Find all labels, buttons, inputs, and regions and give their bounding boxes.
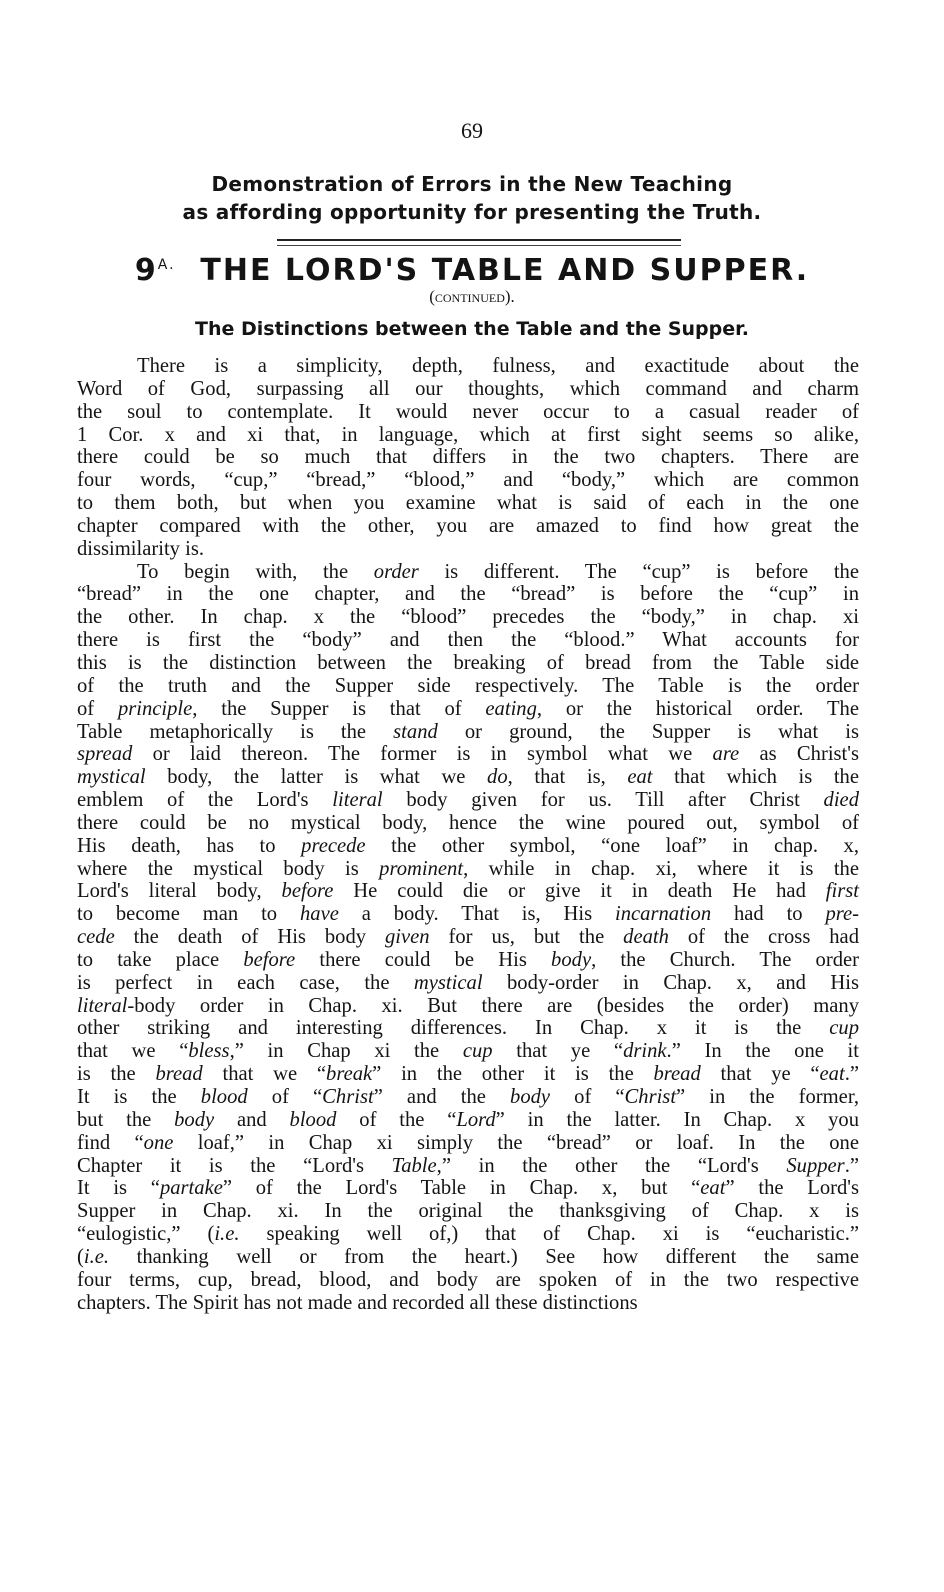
paragraph-line: Table metaphorically is the stand or gro… <box>77 721 859 744</box>
paragraph-line: “bread” in the one chapter, and the “bre… <box>77 583 859 606</box>
page-number: 69 <box>0 118 944 144</box>
chapter-title-text: THE LORD'S TABLE AND SUPPER. <box>200 253 809 288</box>
running-header-line-2: as affording opportunity for presenting … <box>0 200 944 224</box>
paragraph-line: 1 Cor. x and xi that, in language, which… <box>77 424 859 447</box>
paragraph-line: to take place before there could be His … <box>77 949 859 972</box>
header-rule-divider <box>277 239 681 246</box>
paragraph-line: His death, has to precede the other symb… <box>77 835 859 858</box>
paragraph-line: is perfect in each case, the mystical bo… <box>77 972 859 995</box>
paragraph-line: of principle, the Supper is that of eati… <box>77 698 859 721</box>
paragraph-line: mystical body, the latter is what we do,… <box>77 766 859 789</box>
paragraph-line: four terms, cup, bread, blood, and body … <box>77 1269 859 1292</box>
paragraph-line: There is a simplicity, depth, fulness, a… <box>77 355 859 378</box>
paragraph-line: to become man to have a body. That is, H… <box>77 903 859 926</box>
paragraph-line: It is the blood of “Christ” and the body… <box>77 1086 859 1109</box>
chapter-title: 9A. THE LORD'S TABLE AND SUPPER. <box>0 253 944 288</box>
continued-note: (continued). <box>0 287 944 307</box>
paragraph-line: “eulogistic,” (i.e. speaking well of,) t… <box>77 1223 859 1246</box>
paragraph-line: where the mystical body is prominent, wh… <box>77 858 859 881</box>
paragraph-line: other striking and interesting differenc… <box>77 1017 859 1040</box>
paragraph-line: (i.e. thanking well or from the heart.) … <box>77 1246 859 1269</box>
paragraph-line: Lord's literal body, before He could die… <box>77 880 859 903</box>
paragraph-line: literal-body order in Chap. xi. But ther… <box>77 995 859 1018</box>
paragraph-line: to them both, but when you examine what … <box>77 492 859 515</box>
paragraph-line: Supper in Chap. xi. In the original the … <box>77 1200 859 1223</box>
paragraph-line: cede the death of His body given for us,… <box>77 926 859 949</box>
paragraph-line: but the body and blood of the “Lord” in … <box>77 1109 859 1132</box>
paragraph-line: It is “partake” of the Lord's Table in C… <box>77 1177 859 1200</box>
paragraph-line: that we “bless,” in Chap xi the cup that… <box>77 1040 859 1063</box>
paragraph-line: dissimilarity is. <box>77 538 859 561</box>
paragraph-line: chapter compared with the other, you are… <box>77 515 859 538</box>
paragraph-line: Chapter it is the “Lord's Table,” in the… <box>77 1155 859 1178</box>
paragraph-line: find “one loaf,” in Chap xi simply the “… <box>77 1132 859 1155</box>
paragraph-line: chapters. The Spirit has not made and re… <box>77 1292 859 1315</box>
section-heading: The Distinctions between the Table and t… <box>0 318 944 340</box>
paragraph-line: spread or laid thereon. The former is in… <box>77 743 859 766</box>
paragraph-line: Word of God, surpassing all our thoughts… <box>77 378 859 401</box>
paragraph-line: the soul to contemplate. It would never … <box>77 401 859 424</box>
body-text: There is a simplicity, depth, fulness, a… <box>77 355 859 1314</box>
running-header-line-1: Demonstration of Errors in the New Teach… <box>0 172 944 196</box>
paragraph-line: there is first the “body” and then the “… <box>77 629 859 652</box>
chapter-number: 9A. <box>135 253 176 288</box>
paragraph-line: To begin with, the order is different. T… <box>77 561 859 584</box>
paragraph-line: emblem of the Lord's literal body given … <box>77 789 859 812</box>
paragraph-line: four words, “cup,” “bread,” “blood,” and… <box>77 469 859 492</box>
paragraph-line: there could be no mystical body, hence t… <box>77 812 859 835</box>
paragraph-line: is the bread that we “break” in the othe… <box>77 1063 859 1086</box>
paragraph-line: of the truth and the Supper side respect… <box>77 675 859 698</box>
paragraph-line: this is the distinction between the brea… <box>77 652 859 675</box>
paragraph-line: the other. In chap. x the “blood” preced… <box>77 606 859 629</box>
paragraph-line: there could be so much that differs in t… <box>77 446 859 469</box>
